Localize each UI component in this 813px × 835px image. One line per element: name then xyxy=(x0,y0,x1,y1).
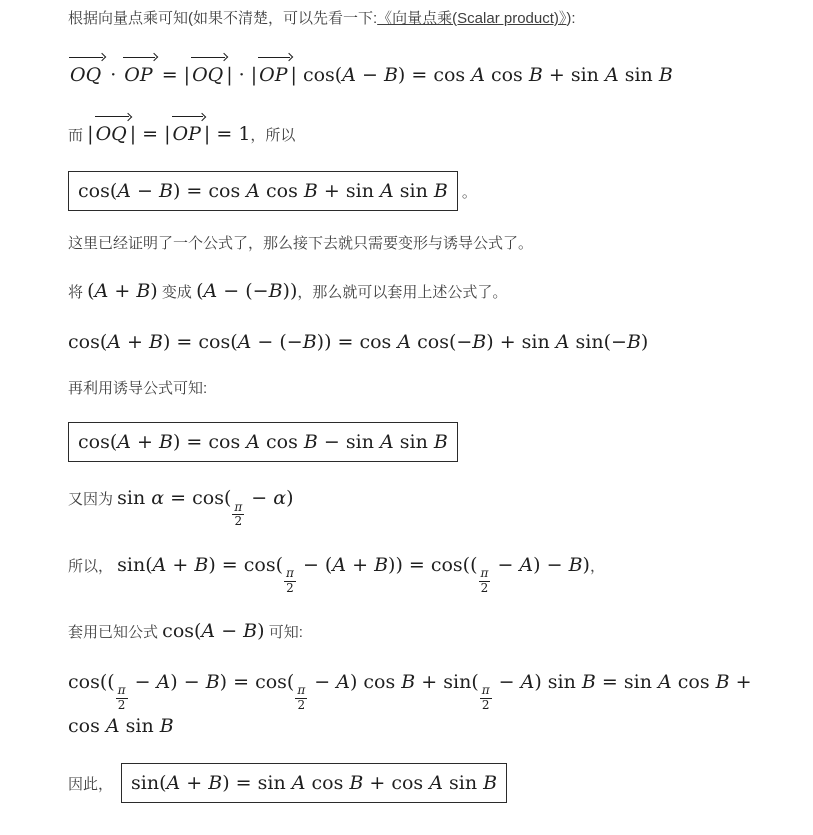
cos-sum-formula-box: cos(A + B) = cos A cos B − sin A sin B xyxy=(68,422,458,463)
apply-known-math: cos(A − B) xyxy=(162,620,264,642)
cos-sum-expansion-equation: cos(A + B) = cos(A − (−B)) = cos A cos(−… xyxy=(68,328,758,357)
intro-text-post: ): xyxy=(566,10,575,27)
conclusion-pre: 因此， xyxy=(68,776,113,793)
math-article: 根据向量点乘可知(如果不清楚，可以先看一下:《向量点乘(Scalar produ… xyxy=(0,0,758,835)
apply-known-formula-line: 套用已知公式 cos(A − B) 可知: xyxy=(68,617,758,646)
apply-known-post: 可知: xyxy=(265,624,303,641)
sin-cofunction-line: 又因为 sin α = cos(π2 − α) xyxy=(68,484,758,528)
intro-paragraph: 根据向量点乘可知(如果不清楚，可以先看一下:《向量点乘(Scalar produ… xyxy=(68,8,758,30)
period-after-box: 。 xyxy=(462,184,477,201)
unit-length-post: ，所以 xyxy=(250,127,295,144)
substitution-paragraph: 将 (A + B) 变成 (A − (−B))，那么就可以套用上述公式了。 xyxy=(68,277,758,306)
boxed-cos-sum-line: cos(A + B) = cos A cos B − sin A sin B xyxy=(68,422,758,463)
scalar-product-link[interactable]: 《向量点乘(Scalar product)》 xyxy=(377,10,566,27)
substitution-mid: 变成 xyxy=(158,284,196,301)
intro-text-pre: 根据向量点乘可知(如果不清楚，可以先看一下: xyxy=(68,10,377,27)
sin-sum-formula-box: sin(A + B) = sin A cos B + cos A sin B xyxy=(121,763,507,804)
sin-sum-derivation-line: 所以， sin(A + B) = cos(π2 − (A + B)) = cos… xyxy=(68,551,758,595)
unit-length-pre: 而 xyxy=(68,127,87,144)
cos-difference-formula-box: cos(A − B) = cos A cos B + sin A sin B xyxy=(68,171,458,212)
sin-sum-post: ， xyxy=(590,558,605,575)
sin-sum-math: sin(A + B) = cos(π2 − (A + B)) = cos((π2… xyxy=(117,554,590,576)
induction-formula-paragraph: 再利用诱导公式可知: xyxy=(68,378,758,400)
conclusion-line: 因此，sin(A + B) = sin A cos B + cos A sin … xyxy=(68,763,758,804)
unit-length-line: 而 |OQ| = |OP| = 1，所以 xyxy=(68,111,758,149)
unit-length-math: |OQ| = |OP| = 1 xyxy=(87,123,250,145)
boxed-cos-difference-line: cos(A − B) = cos A cos B + sin A sin B。 xyxy=(68,171,758,212)
substitution-math-1: (A + B) xyxy=(87,280,158,302)
dot-product-equation: OQ · OP = |OQ| · |OP| cos(A − B) = cos A… xyxy=(68,52,758,90)
substitution-pre: 将 xyxy=(68,284,87,301)
proof-progress-paragraph: 这里已经证明了一个公式了，那么接下去就只需要变形与诱导公式了。 xyxy=(68,233,758,255)
sin-cofunction-math: sin α = cos(π2 − α) xyxy=(117,487,293,509)
substitution-math-2: (A − (−B)) xyxy=(196,280,297,302)
apply-known-pre: 套用已知公式 xyxy=(68,624,162,641)
sin-cofunction-pre: 又因为 xyxy=(68,491,117,508)
substitution-post: ，那么就可以套用上述公式了。 xyxy=(297,284,507,301)
sin-sum-pre: 所以， xyxy=(68,558,117,575)
long-expansion-equation: cos((π2 − A) − B) = cos(π2 − A) cos B + … xyxy=(68,668,758,741)
